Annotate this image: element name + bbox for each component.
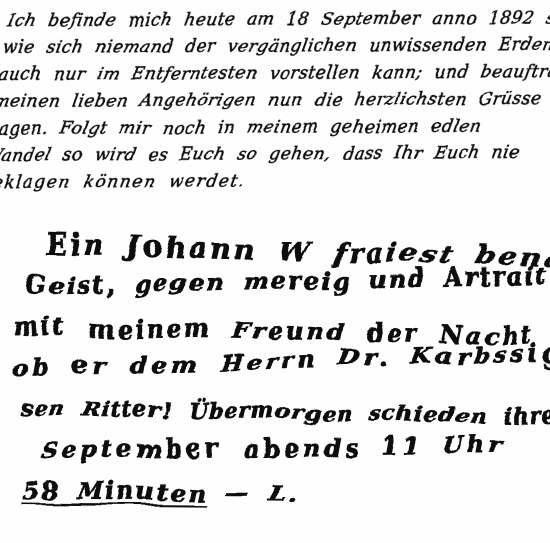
handwriting-line: September abends 11 Uhr: [40, 425, 546, 470]
handwriting-line: Wandel so wird es Euch so gehen, dass Ih…: [0, 140, 523, 170]
handwriting-line: meinen lieben Angehörigen nun die herzli…: [0, 86, 533, 116]
handwriting-line: sagen. Folgt mir noch in meinem geheimen…: [0, 113, 528, 143]
handwriting-line: Ich befinde mich heute am 18 September a…: [5, 5, 546, 35]
signature-flourish: — L.: [206, 478, 298, 508]
handwriting-line: Geist, gegen mereig und Artrait: [26, 256, 547, 306]
handwriting-line: auch nur im Entferntesten vorstellen kan…: [0, 59, 537, 89]
handwriting-line: beklagen können werdet.: [0, 167, 519, 197]
handwriting-line-signature: 58 Minuten — L.: [22, 470, 546, 516]
minutes-text: 58 Minuten: [22, 476, 206, 507]
manuscript-page: Ich befinde mich heute am 18 September a…: [0, 0, 550, 543]
trance-handwriting-block: Ein Johann W fraiest benaby Geist, gegen…: [12, 224, 546, 511]
normal-handwriting-block: Ich befinde mich heute am 18 September a…: [0, 5, 546, 197]
handwriting-line: wie sich niemand der vergänglichen unwis…: [1, 32, 542, 62]
